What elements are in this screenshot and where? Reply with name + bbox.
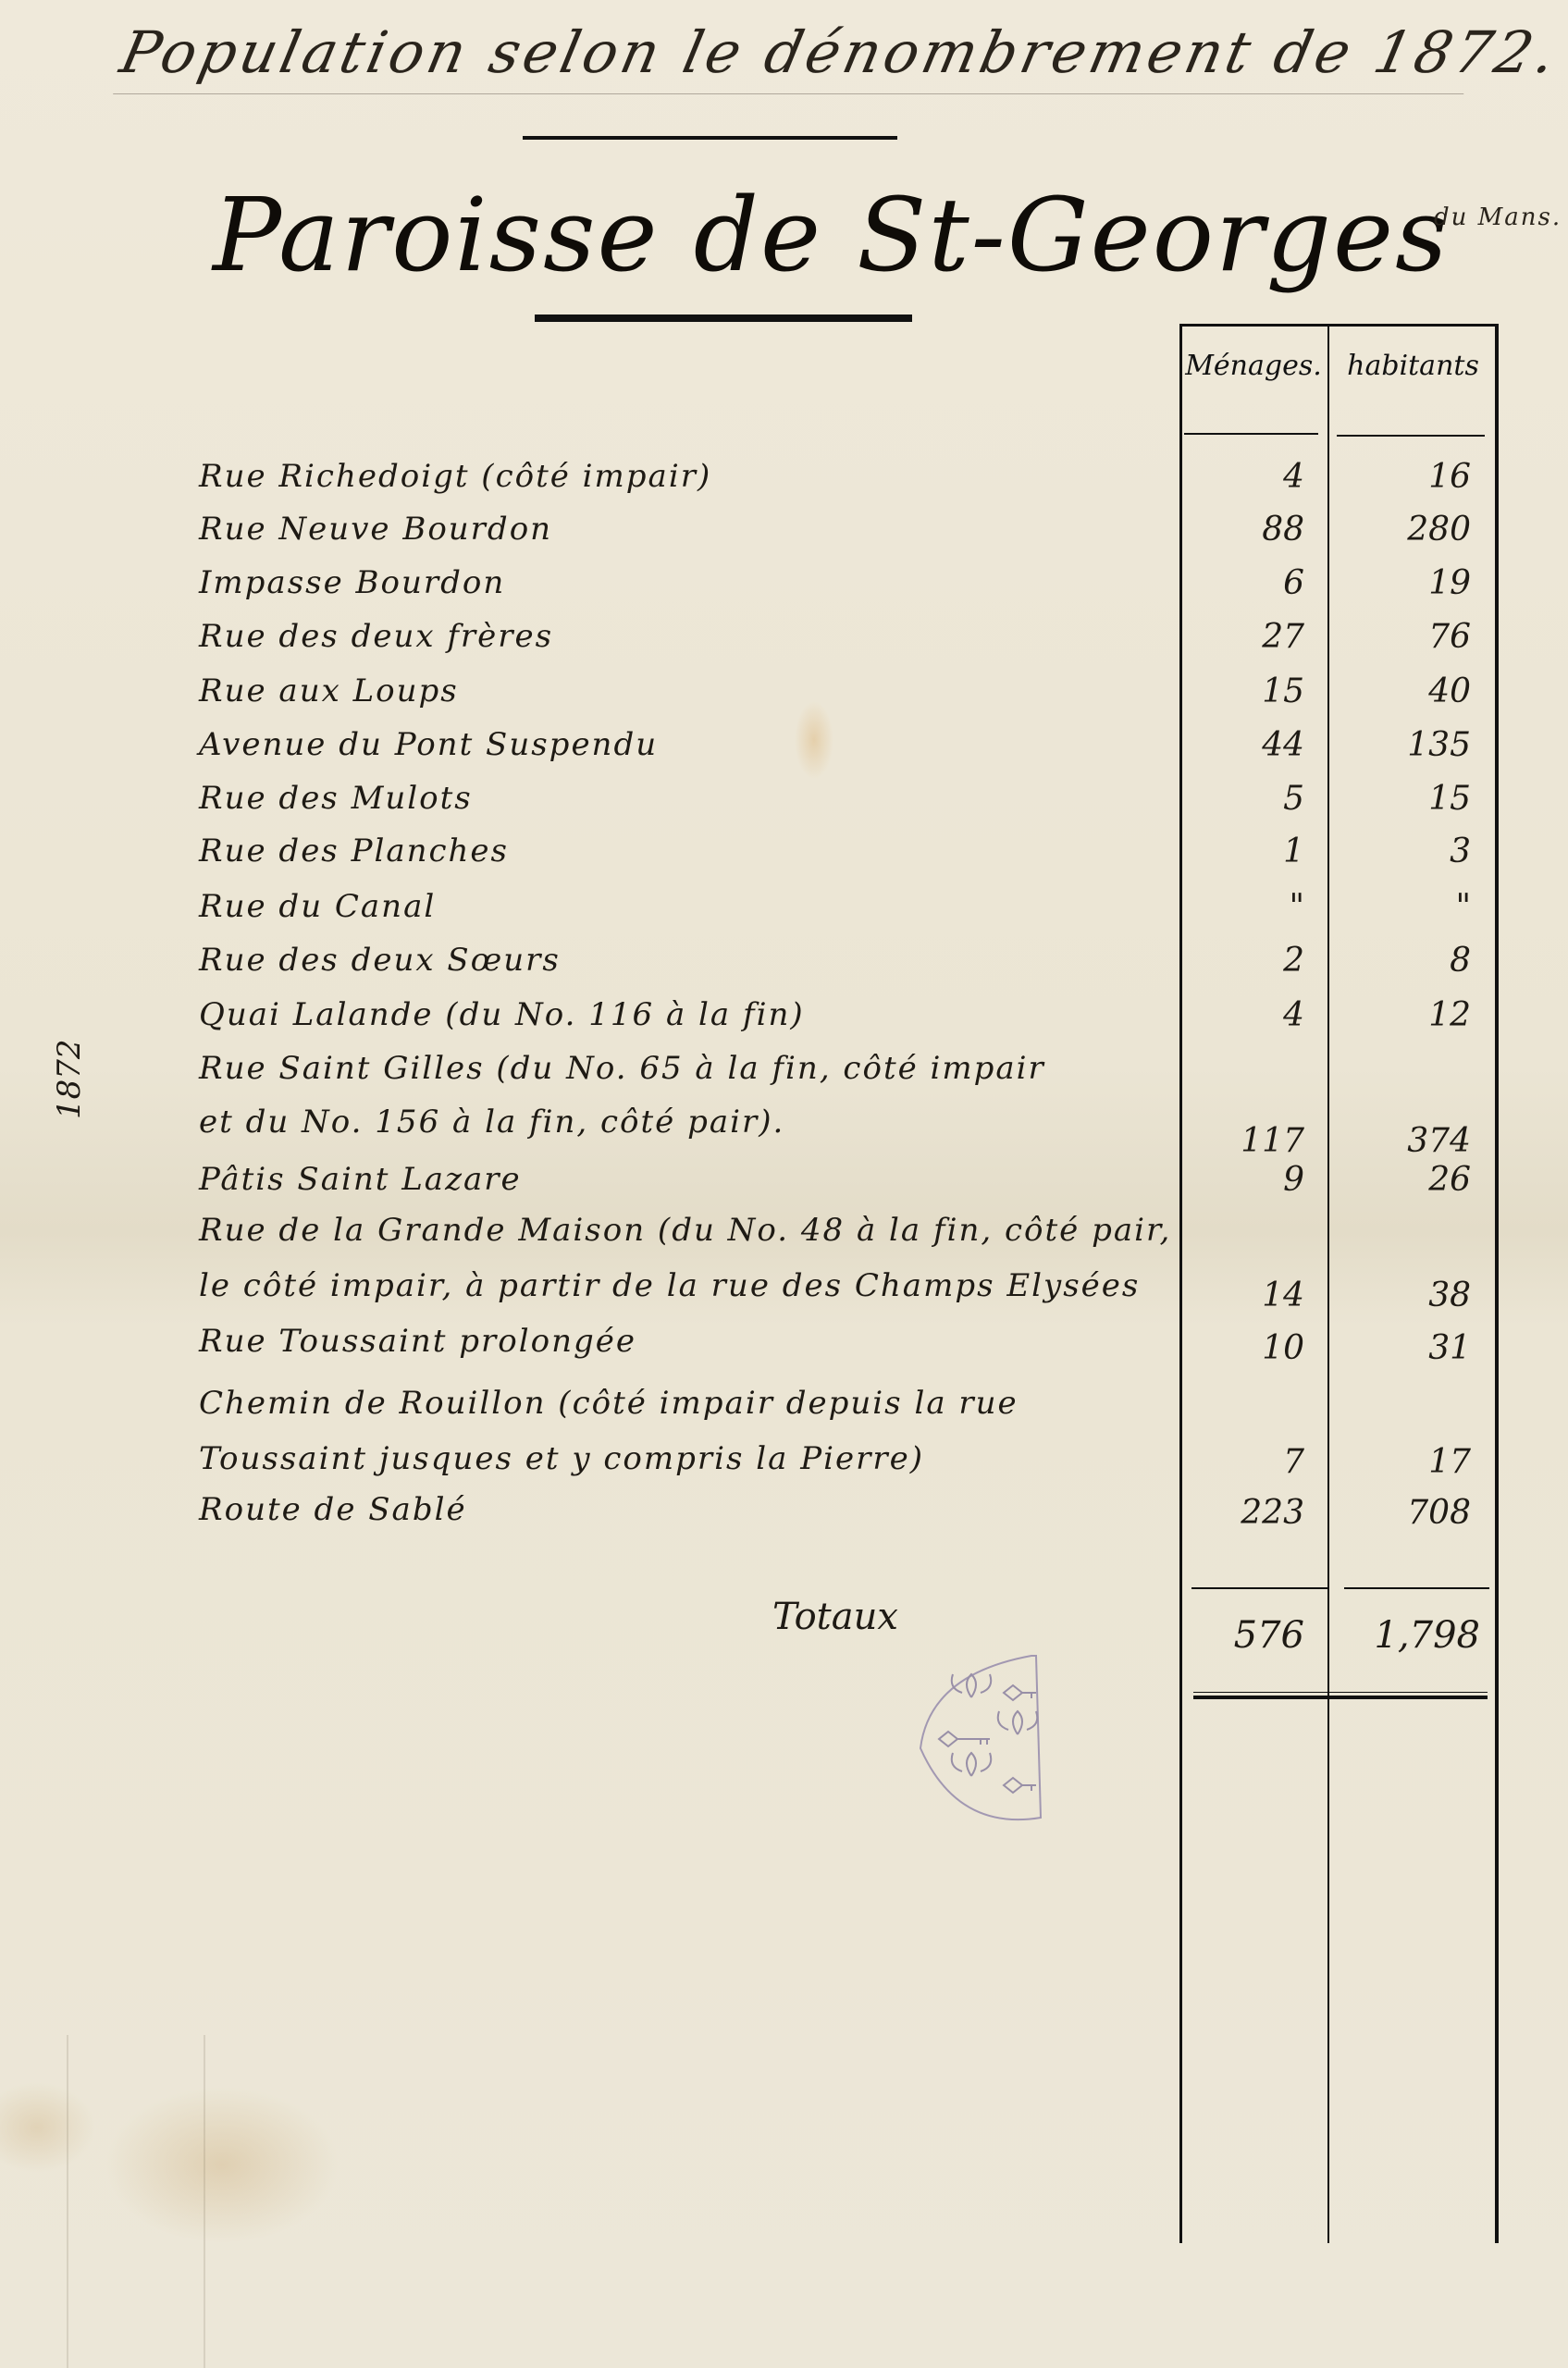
paper-rule (67, 2035, 68, 2368)
menages-value: 4 (1193, 996, 1304, 1034)
habitants-value: 374 (1360, 1122, 1471, 1160)
menages-value: 10 (1193, 1329, 1304, 1367)
habitants-value: 19 (1360, 564, 1471, 602)
coat-of-arms-stamp-icon (902, 1646, 1124, 1831)
totals-separator-habitants (1344, 1587, 1489, 1589)
row-label: Quai Lalande (du No. 116 à la fin) (199, 996, 805, 1033)
menages-value: 4 (1193, 458, 1304, 496)
row-label: Rue du Canal (199, 888, 436, 925)
totals-label: Totaux (772, 1596, 898, 1638)
row-label: Rue des Planches (199, 832, 509, 869)
table-left-border (1179, 324, 1182, 2243)
menages-value: 44 (1193, 726, 1304, 764)
row-label: Chemin de Rouillon (côté impair depuis l… (199, 1385, 1019, 1422)
row-label-continued: le côté impair, à partir de la rue des C… (199, 1267, 1140, 1304)
totals-double-rule-top (1193, 1692, 1488, 1693)
habitants-value: 15 (1360, 780, 1471, 818)
row-label: Rue de la Grande Maison (du No. 48 à la … (199, 1212, 1171, 1249)
table-column-divider (1327, 324, 1329, 2243)
table-right-border (1495, 324, 1499, 2243)
habitants-value: 135 (1360, 726, 1471, 764)
row-label: Rue aux Loups (199, 672, 459, 709)
parish-title-text: Paroisse de St-Georges (213, 176, 1450, 294)
parish-title-suffix: du Mans. (1434, 203, 1562, 231)
menages-value: 5 (1193, 780, 1304, 818)
margin-year-note: 1872 (51, 1039, 88, 1119)
row-label-continued: Toussaint jusques et y compris la Pierre… (199, 1440, 924, 1477)
habitants-value: 31 (1360, 1329, 1471, 1367)
menages-value: " (1193, 888, 1304, 926)
column-header-menages: Ménages. (1184, 350, 1323, 382)
menages-value: 6 (1193, 564, 1304, 602)
habitants-value: 12 (1360, 996, 1471, 1034)
heading-divider (523, 136, 897, 140)
habitants-value: 280 (1360, 511, 1471, 549)
row-label: Rue des deux Sœurs (199, 942, 561, 979)
paper-rule (204, 2035, 205, 2368)
habitants-value: 40 (1360, 672, 1471, 710)
row-label: Rue des Mulots (199, 780, 473, 817)
habitants-value: 26 (1360, 1161, 1471, 1199)
menages-value: 117 (1193, 1122, 1304, 1160)
menages-value: 223 (1193, 1494, 1304, 1532)
row-label: Rue Neuve Bourdon (199, 511, 552, 548)
parish-title: Paroisse de St-Georges du Mans. (213, 176, 1450, 294)
menages-value: 9 (1193, 1161, 1304, 1199)
total-habitants: 1,798 (1360, 1614, 1480, 1657)
menages-value: 27 (1193, 618, 1304, 656)
heading-baseline (113, 93, 1463, 94)
totals-double-rule-bottom (1193, 1696, 1488, 1699)
row-label: Pâtis Saint Lazare (199, 1161, 522, 1198)
row-label: Rue Richedoigt (côté impair) (199, 458, 711, 495)
menages-value: 14 (1193, 1276, 1304, 1314)
habitants-value: 16 (1360, 458, 1471, 496)
habitants-value: 76 (1360, 618, 1471, 656)
row-label-continued: et du No. 156 à la fin, côté pair). (199, 1104, 784, 1141)
total-menages: 576 (1193, 1614, 1304, 1657)
menages-value: 88 (1193, 511, 1304, 549)
title-underline (535, 314, 912, 322)
header-underline-habitants (1337, 435, 1485, 437)
row-label: Rue des deux frères (199, 618, 553, 655)
heading-text: Population selon le dénombrement de 1872… (115, 18, 1565, 86)
habitants-value: 3 (1360, 832, 1471, 870)
menages-value: 1 (1193, 832, 1304, 870)
header-underline-menages (1184, 433, 1318, 435)
row-label: Route de Sablé (199, 1491, 467, 1528)
menages-value: 2 (1193, 942, 1304, 980)
row-label: Rue Toussaint prolongée (199, 1323, 636, 1360)
row-label: Impasse Bourdon (199, 564, 505, 601)
column-header-habitants: habitants (1332, 350, 1494, 382)
habitants-value: 17 (1360, 1443, 1471, 1481)
document-heading: Population selon le dénombrement de 1872… (111, 18, 1498, 102)
table-top-border (1179, 324, 1498, 327)
habitants-value: 38 (1360, 1276, 1471, 1314)
row-label: Rue Saint Gilles (du No. 65 à la fin, cô… (199, 1050, 1045, 1087)
menages-value: 7 (1193, 1443, 1304, 1481)
menages-value: 15 (1193, 672, 1304, 710)
habitants-value: 8 (1360, 942, 1471, 980)
totals-separator-menages (1191, 1587, 1328, 1589)
row-label: Avenue du Pont Suspendu (199, 726, 658, 763)
habitants-value: 708 (1360, 1494, 1471, 1532)
habitants-value: " (1360, 888, 1471, 926)
